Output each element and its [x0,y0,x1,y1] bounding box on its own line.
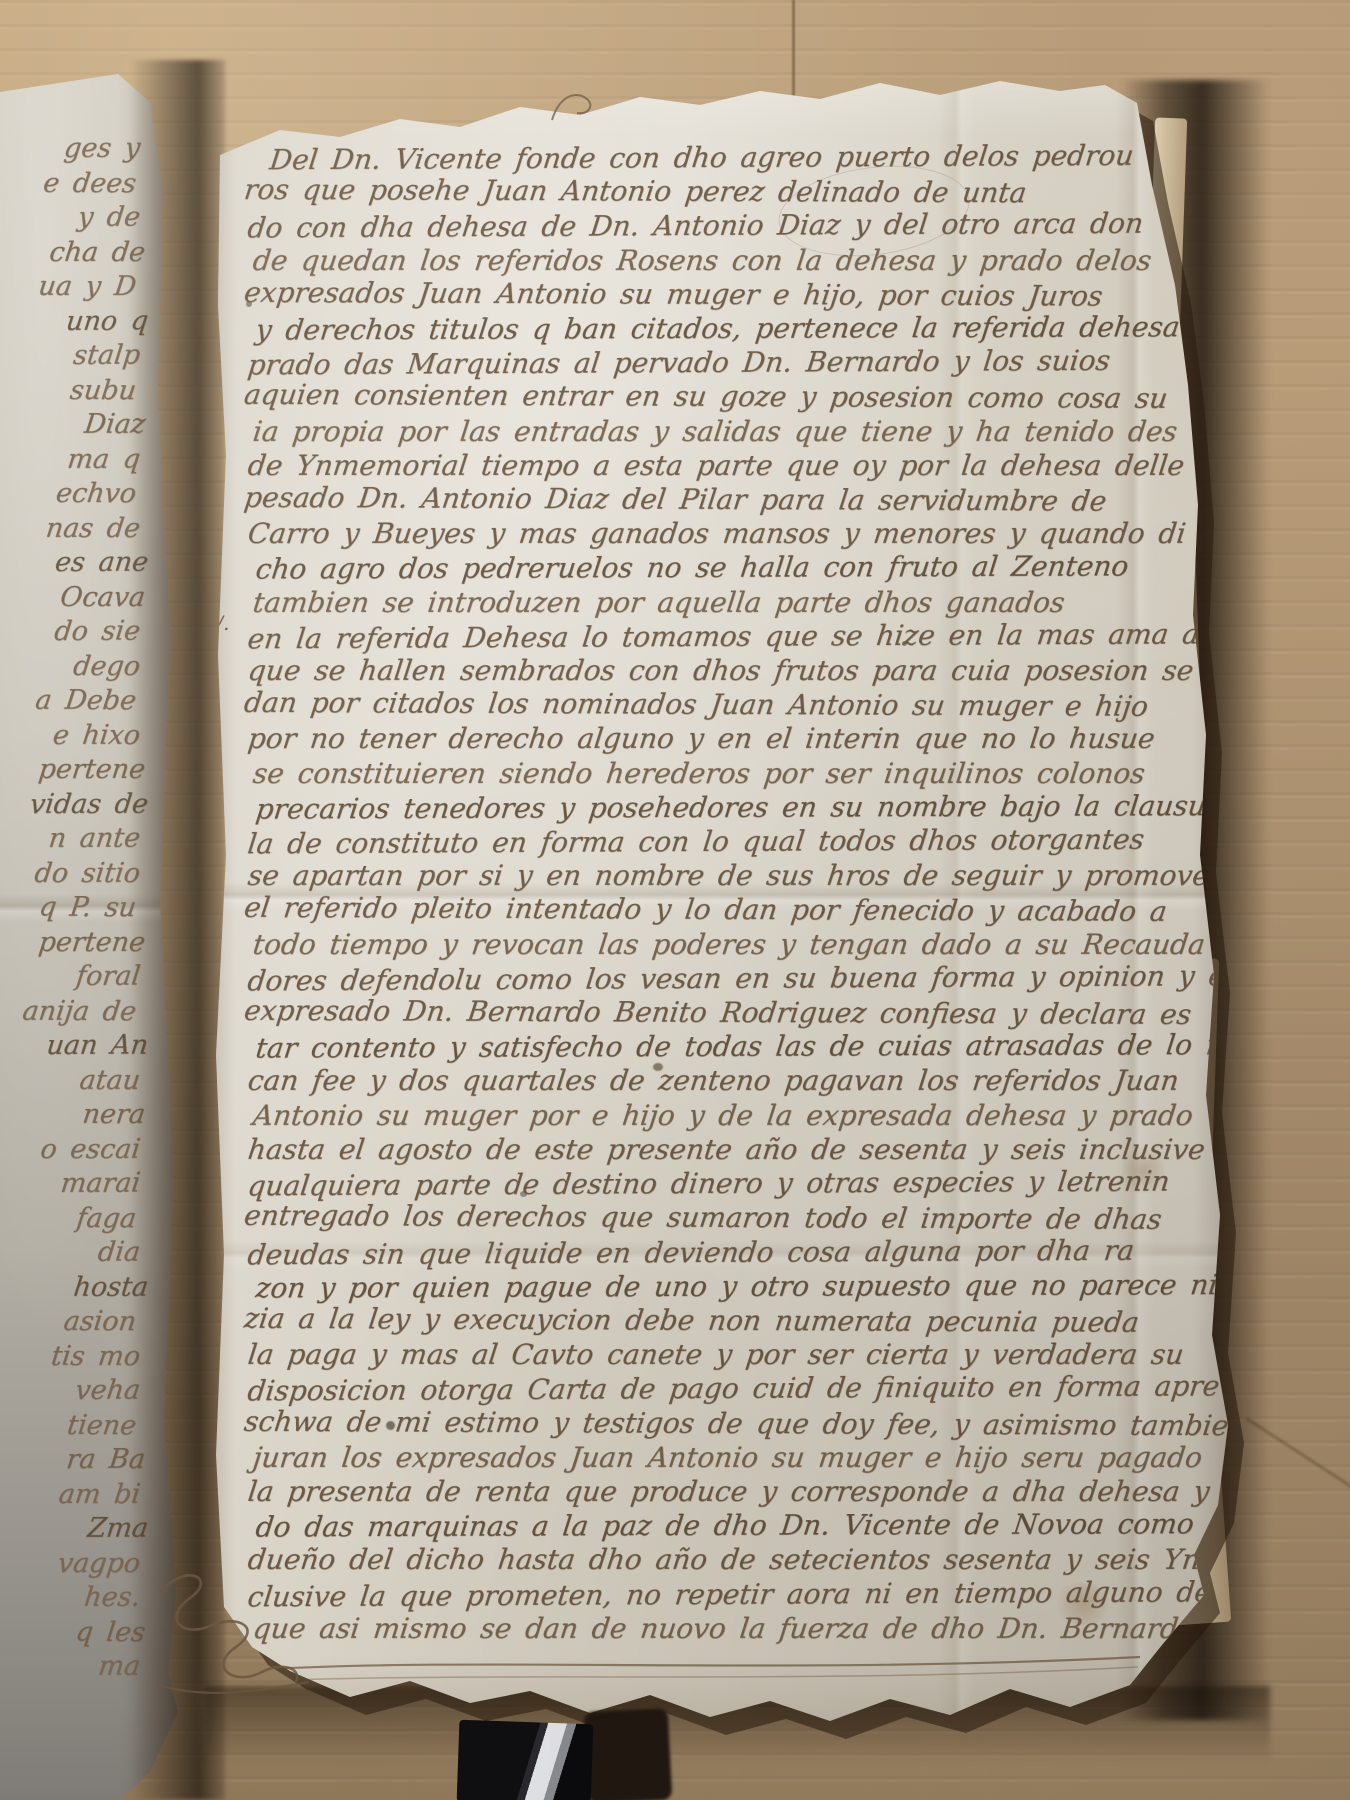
manuscript-line-fragment: dego [0,650,142,685]
manuscript-line: tar contento y satisfecho de todas las d… [254,1029,1198,1066]
manuscript-line: ros que posehe Juan Antonio perez delina… [242,173,1186,211]
manuscript-line-fragment: ua y D [0,270,138,305]
manuscript-line: la de constituto en forma con lo qual to… [246,823,1191,862]
manuscript-line: zon y por quien pague de uno y otro supu… [254,1268,1198,1305]
manuscript-line-fragment: veha [0,1374,142,1409]
photo-scene: ges ye deesy decha deua y Duno qstalpsub… [0,0,1350,1800]
manuscript-line-fragment: faga [0,1201,138,1236]
manuscript-line-fragment: q P. su [0,891,138,926]
manuscript-line-fragment: cha de [3,236,147,271]
manuscript-line-fragment: asion [0,1305,138,1340]
manuscript-line: zia a la ley y execuycion debe non numer… [242,1302,1186,1340]
manuscript-line: Antonio su muger por e hijo y de la expr… [251,1099,1195,1133]
manuscript-line: dores defendolu como los vesan en su bue… [246,959,1191,998]
manuscript-line-fragment: es ane [6,546,150,581]
manuscript-line: expresado Dn. Bernardo Benito Rodriguez … [242,994,1186,1032]
manuscript-line: do con dha dehesa de Dn. Antonio Diaz y … [246,207,1191,246]
manuscript-line-fragment: y de [0,201,142,236]
manuscript-line: todo tiempo y revocan las poderes y teng… [251,928,1195,962]
manuscript-line-fragment: e hixo [0,719,142,754]
top-ink-mark [546,84,606,128]
manuscript-line: por no tener derecho alguno y en el inte… [246,722,1190,756]
manuscript-line-fragment: ges y [0,132,142,167]
manuscript-line-fragment: ra Ba [3,1443,147,1478]
manuscript-line: que se hallen sembrados con dhos frutos … [246,654,1190,688]
manuscript-line: cho agro dos pedreruelos no se halla con… [254,550,1198,587]
manuscript-line-fragment: tis mo [0,1340,142,1375]
manuscript-line-fragment: hosta [6,1270,150,1305]
manuscript-line-fragment: hes. [0,1581,142,1616]
manuscript-page: Del Dn. Vicente fonde con dho agreo puer… [190,55,1275,1755]
manuscript-line-fragment: dia [0,1236,142,1271]
manuscript-line: clusive la que prometen, no repetir aora… [246,1575,1191,1614]
manuscript-line: aquien consienten entrar en su goze y po… [242,378,1186,416]
manuscript-line-fragment: anija de [0,994,138,1029]
manuscript-line: qualquiera parte de destino dinero y otr… [246,1165,1191,1204]
manuscript-line: entregado los derechos que sumaron todo … [242,1199,1186,1237]
manuscript-line-fragment: am bi [0,1478,142,1513]
manuscript-line-fragment: echvo [0,477,138,512]
manuscript-line: Del Dn. Vicente fonde con dho agreo puer… [268,139,1191,178]
manuscript-line: se constituieren siendo herederos por se… [251,757,1195,791]
manuscript-line-fragment: q les [3,1616,147,1651]
manuscript-line: se apartan por si y en nombre de sus hro… [246,859,1190,893]
manuscript-line-fragment: e dees [0,166,138,201]
manuscript-line-fragment: marai [0,1167,142,1202]
manuscript-line-fragment: do sitio [0,857,142,892]
manuscript-line-fragment: nas de [0,512,142,547]
manuscript-line-fragment: n ante [0,822,142,857]
manuscript-line-fragment: do sie [0,615,142,650]
manuscript-line-fragment: subu [0,373,138,408]
rubric-flourish [138,1556,318,1706]
left-page-text-block: ges ye deesy decha deua y Duno qstalpsub… [0,132,140,1685]
manuscript-line: Carro y Bueyes y mas ganados mansos y me… [246,517,1190,551]
manuscript-line: la paga y mas al Cavto canete y por ser … [246,1338,1190,1372]
manuscript-line-fragment: Diaz [3,408,147,443]
manuscript-line-fragment: pertene [3,926,147,961]
manuscript-line: dueño del dicho hasta dho año de setecie… [246,1543,1190,1577]
manuscript-line-fragment: nera [3,1098,147,1133]
manuscript-line-fragment: a Debe [0,684,138,719]
manuscript-line: la presenta de renta que produce y corre… [246,1475,1190,1509]
manuscript-line-fragment: uan An [6,1029,150,1064]
manuscript-line: tambien se introduzen por aquella parte … [251,586,1195,620]
manuscript-line: schwa de mi estimo y testigos de que doy… [242,1404,1186,1442]
manuscript-line-fragment: foral [0,960,142,995]
manuscript-line-fragment: o escai [0,1133,142,1168]
manuscript-line: can fee y dos quartales de zenteno pagav… [246,1064,1190,1098]
manuscript-line: do das marquinas a la paz de dho Dn. Vic… [254,1507,1198,1544]
manuscript-line-fragment: vagpo [0,1547,142,1582]
manuscript-line-fragment: ma [0,1650,142,1685]
manuscript-line-fragment: Ocava [3,581,147,616]
manuscript-line-fragment: Zma [6,1512,150,1547]
manuscript-line-fragment: uno q [6,304,150,339]
manuscript-line: en la referida Dehesa lo tomamos que se … [246,617,1191,656]
manuscript-line-fragment: stalp [0,339,142,374]
manuscript-text-block: Del Dn. Vicente fonde con dho agreo puer… [248,141,1188,1646]
manuscript-line: de quedan los referidos Rosens con la de… [251,244,1195,278]
manuscript-line-fragment: vidas de [6,787,150,822]
manuscript-line: precarios tenedores y posehedores en su … [254,789,1198,826]
manuscript-line-fragment: tiene [0,1408,138,1443]
manuscript-line: dan por citados los nominados Juan Anton… [242,686,1186,724]
manuscript-line: expresados Juan Antonio su muger e hijo,… [242,276,1186,314]
manuscript-line: y derechos titulos q ban citados, perten… [254,310,1198,347]
manuscript-line: de Ynmemorial tiempo a esta parte que oy… [246,449,1190,483]
phone-stand [457,1720,594,1800]
manuscript-line: ia propia por las entradas y salidas que… [251,415,1195,449]
cardboard-seam [792,0,795,96]
shadow-gap [584,1708,673,1800]
manuscript-line: prado das Marquinas al pervado Dn. Berna… [246,344,1191,383]
manuscript-line: juran los expresados Juan Antonio su mug… [251,1441,1195,1475]
manuscript-line: disposicion otorga Carta de pago cuid de… [246,1370,1191,1409]
manuscript-line-fragment: ma q [0,443,142,478]
manuscript-line: hasta el agosto de este presente año de … [246,1133,1190,1167]
manuscript-line: deudas sin que liquide en deviendo cosa … [246,1233,1191,1272]
manuscript-line: pesado Dn. Antonio Diaz del Pilar para l… [242,481,1186,519]
manuscript-line-fragment: pertene [3,753,147,788]
manuscript-line-fragment: atau [0,1064,142,1099]
ink-underline [260,1627,1160,1691]
manuscript-line: el referido pleito intentado y lo dan po… [242,891,1186,929]
gutter-shadow [130,60,225,1800]
